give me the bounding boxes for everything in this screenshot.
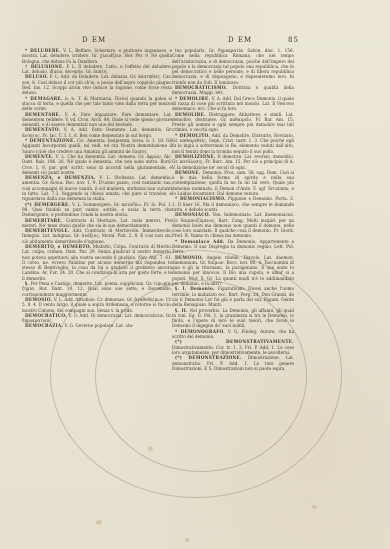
entry-headword: §. [25,281,29,286]
entry-headword: DEMERITO, e DEMERTO. [25,244,91,249]
dictionary-entry: DELUSO. F. L. Add. da Deludere. Lat. del… [22,74,172,95]
dictionary-entry: DEMENTARE. V. A. Fare impazzare. Fare de… [22,112,172,128]
entry-headword: DEMOCRATICO. [25,313,67,318]
dictionary-entry: * DEMOLIRE. V. A. Add. Dal Greco Demonio… [172,96,294,112]
entry-headword: DEMONIACO. [175,212,210,217]
entry-headword: * Demoniaco Add. [175,239,225,244]
dictionary-entry: * DEMAGARE. n. n. T. di Marinaria. Dices… [22,96,172,112]
dictionary-entry: (*) DEMONSTRAZIONE. Dimostrazione. Lat. … [172,355,294,371]
entry-headword: DEMENTATO. [25,127,60,132]
entry-headword: DEMENTARE. [25,112,61,117]
page-number: 85 [288,36,299,44]
entry-definition: V. G. Governo popolare. Lat. sta- [65,323,134,328]
entry-definition: Misfatto, Colpa. Contrario di Merito. La… [22,244,172,281]
running-head-left: D EM [82,36,106,44]
running-head-right: D EM [228,36,252,44]
entry-headword: * DELUDERE. [25,48,61,53]
foxing-spot [96,520,102,525]
entry-headword: * DEMONOGRAFO. [175,329,225,334]
dictionary-entry: DEMOLIRE. Distruggere, Abbattere, e simi… [172,112,294,133]
dictionary-entry: * DEMENTAZIONE. Cic. Amentia. Insipienza… [22,138,172,154]
entry-headword: † DELUSIONE. [25,64,64,69]
entry-definition: Angelo ribelle, Diavolo. Lat. daemon, da… [172,255,294,286]
dictionary-entry: DEMOLIZIONE. Il demolire. Lat. eversio, … [172,154,294,170]
foxing-spot [312,505,317,509]
entry-headword: * DEMOLIRE. [175,96,210,101]
scanned-dictionary-page: D EM D EM 85 * DELUDERE. V. L. Beffare, … [0,0,390,549]
entry-headword: §. II. [175,308,188,313]
entry-headword: (*) DEMONSTRATIVAMENTE. [175,339,294,344]
entry-headword: * DEMAGARE. [25,96,63,101]
dictionary-entry: §. I. Demonio. Figurativam. Dicesi anche… [172,286,294,307]
entry-headword: §. I. Demonio. [175,286,215,291]
dictionary-entry: † DELUSIONE. F. L. Il deludere, l'atto, … [22,64,172,75]
dictionary-entry: DEMOSIO. V. L. Add. Afrodisio. Cr. demon… [22,297,172,313]
entry-headword: DEMERITEVOLE. [25,228,70,233]
entry-headword: DEMOLIZIONE. [175,154,216,159]
dictionary-entry: * DEMOLITO. Add. da Demolire. Distrutto,… [172,133,294,154]
dictionary-entry: tus popularis. Gr. δημοκρατία. Salvin. d… [172,48,294,85]
foxing-spot [148,446,153,451]
dictionary-entry: DEMOCRAZIA. V. G. Governo popolare. Lat.… [22,323,172,328]
dictionary-entry: DEMENZA, e DEMENZIA. V. L. Stoltezza. La… [22,175,172,201]
entry-headword: * DEMENTAZIONE. [25,138,75,143]
entry-headword: DEMONIO. [175,255,203,260]
entry-headword: * DEMONIACISMO. [175,196,226,201]
right-column: tus popularis. Gr. δημοκρατία. Salvin. d… [172,48,294,371]
dictionary-entry: * DEMONIACISMO. Pippione e Demonio. Port… [172,196,294,212]
dictionary-entry: (*) DEMERGERE. V. L. Sommergere. Gr. κατ… [22,202,172,218]
dictionary-entry: * DELUDERE. V. L. Beffare, Schernire, e … [22,48,172,64]
dictionary-entry: * Demoniaco Add. Da Demonio, Appartenent… [172,239,294,255]
entry-headword: DEMOCRAZIA. [25,323,63,328]
dictionary-entry: DEMOCRATICO. V. G. Add. Di democrazia. L… [22,313,172,324]
entry-headword: DEMOLIRE. [175,112,206,117]
entry-definition: Dimostrativamente. Cor. tr. 1. 3. Fri. P… [172,345,294,355]
dictionary-entry: (*) DEMONSTRATIVAMENTE. Dimostrativament… [172,339,294,355]
entry-headword: DEMOSIO. [25,297,52,302]
entry-headword: DEMENZA, e DEMENZIA. [25,175,96,180]
dictionary-entry: §. Per Pena e Castigo, demerito. Lat. po… [22,281,172,297]
entry-definition: Nel proverbio. La Demonio, gli affanni, … [172,308,294,329]
dictionary-entry: DEMONIO. Angelo ribelle, Diavolo. Lat. d… [172,255,294,287]
dictionary-entry: DEMOCRATICISMO. Dottrina o qualità della… [172,85,294,96]
entry-headword: * DEMOLITO. [175,133,210,138]
dictionary-entry: DEMENTATO. V. A. Add. Fatto Demente. Lat… [22,127,172,138]
entry-headword: (*) DEMERGERE. [25,202,70,207]
dictionary-entry: * DEMONOGRAFO. V. G. Filolog. Autore, ch… [172,329,294,340]
entry-headword: DELUSO. [25,74,48,79]
running-header: D EM D EM 85 [0,36,390,48]
entry-headword: DEMERITARE. [25,218,63,223]
entry-definition: tus popularis. Gr. δημοκρατία. Salvin. d… [172,48,294,85]
entry-headword: DEMONE. [175,170,201,175]
dictionary-entry: DEMERITO, e DEMERTO. Misfatto, Colpa. Co… [22,244,172,281]
dictionary-entry: DEMENTE. V. L. Che ha dementia. Lat. dem… [22,154,172,175]
entry-headword: DEMOCRATICISMO. [175,85,227,90]
dictionary-entry: DEMONE. Demonio. Pros. sam. 58. sag. Dem… [172,170,294,196]
dictionary-entry: DEMONIACO. Ven. Indemoniato. Lat. daemon… [172,212,294,238]
foxing-spot [185,538,189,542]
dictionary-entry: DEMERITARE. Contrario di Meritare. Lat. … [22,218,172,229]
dictionary-entry: DEMERITEVOLE. Add. Contrario di Meritevo… [22,228,172,244]
left-column: * DELUDERE. V. L. Beffare, Schernire, e … [22,48,172,329]
entry-headword: DEMENTE. [25,154,54,159]
dictionary-entry: §. II. Nel proverbio. La Demonio, gli af… [172,308,294,329]
entry-headword: (*) DEMONSTRAZIONE. [175,355,242,360]
entry-definition: Per Pena e Castigo, demerito. Lat. poena… [22,281,172,297]
